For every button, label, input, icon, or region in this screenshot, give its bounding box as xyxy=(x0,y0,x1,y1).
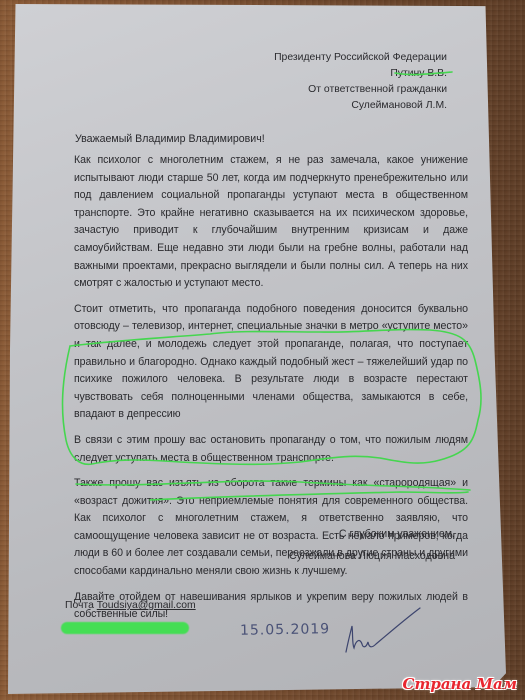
letter-document: Президенту Российской Федерации Путину В… xyxy=(0,0,525,700)
body-paragraph: Стоит отметить, что пропаганда подобного… xyxy=(74,301,468,424)
green-marker-redaction xyxy=(61,622,189,634)
addressee-line: Путину В.В. xyxy=(274,66,447,82)
body-paragraph: Как психолог с многолетним стажем, я не … xyxy=(74,152,468,293)
handwritten-date: 15.05.2019 xyxy=(240,621,330,640)
signature-icon xyxy=(342,604,422,654)
body-paragraph: В связи с этим прошу вас остановить проп… xyxy=(74,432,468,467)
email-contact: Почта Toudsiya@gmail.com xyxy=(65,597,196,615)
watermark-logo: Страна Мам xyxy=(403,676,517,694)
addressee-line: Президенту Российской Федерации xyxy=(274,50,447,66)
email-label: Почта xyxy=(65,600,94,611)
salutation: Уважаемый Владимир Владимирович! xyxy=(75,131,265,149)
email-link[interactable]: Toudsiya@gmail.com xyxy=(97,600,196,611)
addressee-line: Сулеймановой Л.М. xyxy=(274,98,447,114)
closing-phrase: С глубоким уважением, xyxy=(339,526,455,544)
addressee-block: Президенту Российской Федерации Путину В… xyxy=(274,50,447,114)
addressee-line: От ответственной гражданки xyxy=(274,82,447,98)
signer-name: Сулейманова Люция Масходовна xyxy=(289,548,455,566)
